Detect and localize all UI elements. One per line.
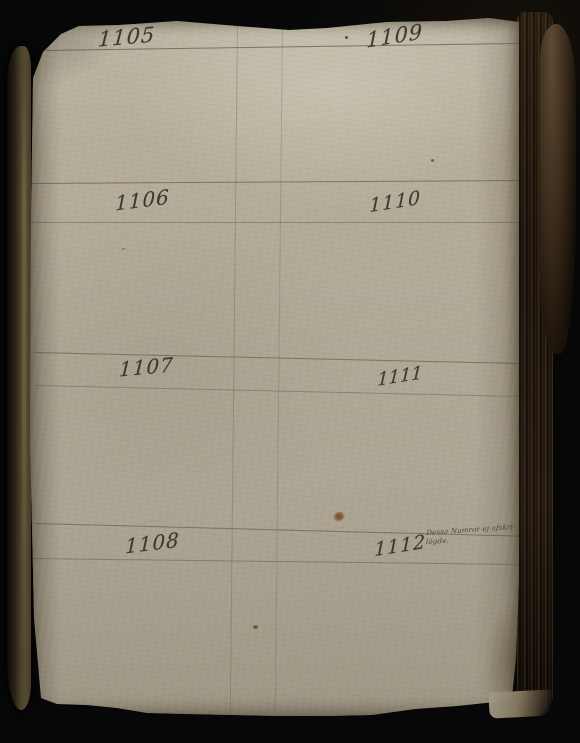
ruled-line-vertical-right [275,22,283,716]
section-number-1108: 1108 [125,528,180,559]
manuscript-page: 1105 1106 1107 1108 1109 1110 1111 1112 … [27,18,519,716]
bottom-page-edges [488,689,553,718]
ruled-line-row2-bottom [30,222,519,223]
ruled-line-row2-top [30,180,519,184]
gutter-highlight [22,70,26,670]
page-stack-corner-bump [540,24,576,354]
previous-page-edge [7,46,31,710]
fox-spot [331,510,347,522]
section-number-1105: 1105 [97,22,156,51]
section-number-1110: 1110 [369,187,421,218]
annotation-note: Dessa Numror ej afskri- lögde. [426,523,516,548]
ruled-line-row4-bottom [30,558,519,565]
manuscript-photo: 1105 1106 1107 1108 1109 1110 1111 1112 … [0,0,580,743]
section-number-1106: 1106 [115,185,170,216]
paper-speck [122,248,125,250]
paper-speck [431,159,434,162]
ruled-line-vertical-left [230,22,238,716]
section-number-1109: 1109 [366,19,423,52]
ruled-line-row3-bottom [35,385,519,397]
section-number-1107: 1107 [118,353,174,382]
section-number-1111: 1111 [377,362,423,391]
ink-dot [345,36,348,39]
paper-speck [253,625,258,629]
section-number-1112: 1112 [374,531,426,562]
ruled-line-row3-top [35,352,519,364]
